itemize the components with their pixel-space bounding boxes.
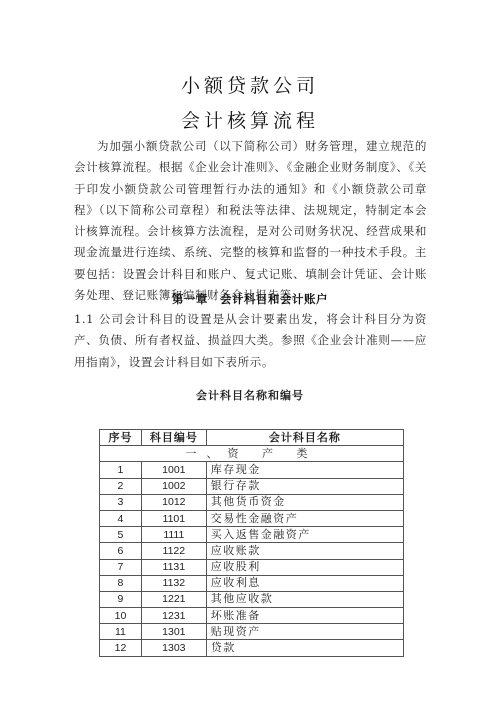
table-row: 1 1001 库存现金 <box>100 462 404 478</box>
cell-account-code: 1221 <box>141 591 206 607</box>
table-row: 5 1111 买入返售金融资产 <box>100 527 404 543</box>
cell-account-name: 其他货币资金 <box>206 494 403 510</box>
cell-account-name: 应收账款 <box>206 543 403 559</box>
category-row: 一、资 产 类 <box>100 446 404 462</box>
cell-account-code: 1001 <box>141 462 206 478</box>
table-row: 2 1002 银行存款 <box>100 478 404 494</box>
cell-serial-no: 2 <box>100 478 142 494</box>
cell-serial-no: 12 <box>100 640 142 656</box>
cell-account-code: 1122 <box>141 543 206 559</box>
cell-serial-no: 7 <box>100 559 142 575</box>
document-page: 小额贷款公司 会计核算流程 为加强小额贷款公司（以下简称公司）财务管理，建立规范… <box>0 0 500 708</box>
header-serial-no: 序号 <box>100 430 142 446</box>
table-caption: 会计科目名称和编号 <box>0 387 500 403</box>
cell-serial-no: 8 <box>100 575 142 591</box>
table-row: 3 1012 其他货币资金 <box>100 494 404 510</box>
document-subtitle: 会计核算流程 <box>0 106 500 133</box>
cell-account-code: 1101 <box>141 510 206 526</box>
table-row: 8 1132 应收利息 <box>100 575 404 591</box>
chapter-heading: 第一章会计科目和会计账户 <box>0 291 500 307</box>
cell-serial-no: 5 <box>100 527 142 543</box>
document-title: 小额贷款公司 <box>0 71 500 98</box>
table-row: 10 1231 坏账准备 <box>100 608 404 624</box>
cell-serial-no: 6 <box>100 543 142 559</box>
table-row: 7 1131 应收股利 <box>100 559 404 575</box>
cell-account-code: 1303 <box>141 640 206 656</box>
accounts-table: 序号 科目编号 会计科目名称 一、资 产 类 1 1001 库存现金 2 100… <box>99 429 404 657</box>
category-assets: 一、资 产 类 <box>100 446 404 462</box>
header-account-name: 会计科目名称 <box>206 430 403 446</box>
section-1-1-paragraph: 1.1 公司会计科目的设置是从会计要素出发，将会计科目分为资产、负债、所有者权益… <box>74 309 427 373</box>
cell-account-name: 应收股利 <box>206 559 403 575</box>
cell-account-name: 坏账准备 <box>206 608 403 624</box>
cell-account-name: 应收利息 <box>206 575 403 591</box>
cell-account-name: 银行存款 <box>206 478 403 494</box>
cell-serial-no: 1 <box>100 462 142 478</box>
table-row: 4 1101 交易性金融资产 <box>100 510 404 526</box>
table-row: 6 1122 应收账款 <box>100 543 404 559</box>
cell-serial-no: 3 <box>100 494 142 510</box>
intro-paragraph: 为加强小额贷款公司（以下简称公司）财务管理，建立规范的会计核算流程。根据《企业会… <box>74 136 427 306</box>
table-row: 9 1221 其他应收款 <box>100 591 404 607</box>
cell-serial-no: 9 <box>100 591 142 607</box>
table-header-row: 序号 科目编号 会计科目名称 <box>100 430 404 446</box>
cell-account-name: 其他应收款 <box>206 591 403 607</box>
header-account-code: 科目编号 <box>141 430 206 446</box>
cell-account-name: 交易性金融资产 <box>206 510 403 526</box>
cell-account-name: 库存现金 <box>206 462 403 478</box>
cell-account-name: 贷款 <box>206 640 403 656</box>
cell-account-code: 1002 <box>141 478 206 494</box>
cell-account-code: 1301 <box>141 624 206 640</box>
table-row: 11 1301 贴现资产 <box>100 624 404 640</box>
cell-serial-no: 4 <box>100 510 142 526</box>
cell-account-code: 1231 <box>141 608 206 624</box>
cell-serial-no: 11 <box>100 624 142 640</box>
table-row: 12 1303 贷款 <box>100 640 404 656</box>
cell-account-name: 贴现资产 <box>206 624 403 640</box>
cell-account-code: 1132 <box>141 575 206 591</box>
chapter-number: 第一章 <box>172 292 208 306</box>
cell-account-code: 1012 <box>141 494 206 510</box>
cell-account-name: 买入返售金融资产 <box>206 527 403 543</box>
cell-serial-no: 10 <box>100 608 142 624</box>
cell-account-code: 1111 <box>141 527 206 543</box>
cell-account-code: 1131 <box>141 559 206 575</box>
chapter-title: 会计科目和会计账户 <box>220 292 328 306</box>
